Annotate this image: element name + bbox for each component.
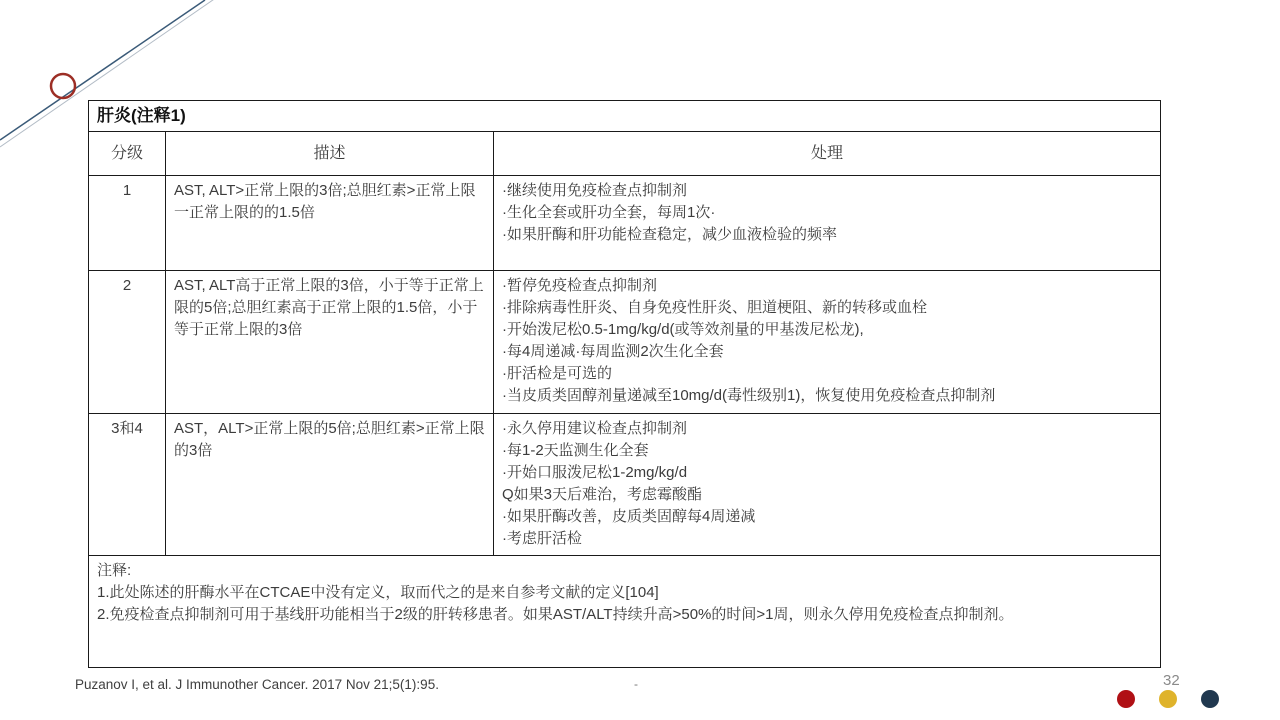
red-circle-outline-icon: [51, 74, 75, 98]
col-header-management: 处理: [494, 132, 1161, 176]
notes-cell: 注释: 1.此处陈述的肝酶水平在CTCAE中没有定义，取而代之的是来自参考文献的…: [89, 556, 1161, 668]
description-cell: AST，ALT>正常上限的5倍;总胆红素>正常上限的3倍: [166, 414, 494, 556]
table-row-grade-2: 2 AST, ALT高于正常上限的3倍，小于等于正常上限的5倍;总胆红素高于正常…: [89, 271, 1161, 414]
gold-dot-icon: [1159, 690, 1177, 708]
management-line: ·每1-2天监测生化全套: [502, 440, 1152, 462]
grade-cell: 3和4: [89, 414, 166, 556]
table-title: 肝炎(注释1): [89, 101, 1161, 132]
footer-dash: -: [634, 677, 638, 691]
management-line: ·如果肝酶和肝功能检查稳定，减少血液检验的频率: [502, 224, 1152, 246]
grade-cell: 2: [89, 271, 166, 414]
management-cell: ·暂停免疫检查点抑制剂 ·排除病毒性肝炎、自身免疫性肝炎、胆道梗阻、新的转移或血…: [494, 271, 1161, 414]
management-line: ·开始泼尼松0.5-1mg/kg/d(或等效剂量的甲基泼尼松龙),: [502, 319, 1152, 341]
management-line: ·考虑肝活检: [502, 528, 1152, 550]
description-cell: AST, ALT高于正常上限的3倍，小于等于正常上限的5倍;总胆红素高于正常上限…: [166, 271, 494, 414]
management-line: ·生化全套或肝功全套，每周1次·: [502, 202, 1152, 224]
grade-cell: 1: [89, 176, 166, 271]
management-line: ·肝活检是可选的: [502, 363, 1152, 385]
management-line: ·永久停用建议检查点抑制剂: [502, 418, 1152, 440]
management-line: Q如果3天后难治，考虑霉酸酯: [502, 484, 1152, 506]
table-title-row: 肝炎(注释1): [89, 101, 1161, 132]
description-cell: AST, ALT>正常上限的3倍;总胆红素>正常上限一正常上限的的1.5倍: [166, 176, 494, 271]
note-line: 1.此处陈述的肝酶水平在CTCAE中没有定义，取而代之的是来自参考文献的定义[1…: [97, 582, 1152, 604]
management-cell: ·继续使用免疫检查点抑制剂 ·生化全套或肝功全套，每周1次· ·如果肝酶和肝功能…: [494, 176, 1161, 271]
page-number: 32: [1163, 672, 1180, 689]
note-line: 注释:: [97, 560, 1152, 582]
management-line: ·当皮质类固醇剂量递减至10mg/d(毒性级别1)，恢复使用免疫检查点抑制剂: [502, 385, 1152, 407]
management-line: ·如果肝酶改善，皮质类固醇每4周递减: [502, 506, 1152, 528]
navy-dot-icon: [1201, 690, 1219, 708]
management-line: ·暂停免疫检查点抑制剂: [502, 275, 1152, 297]
col-header-grade: 分级: [89, 132, 166, 176]
table-row-grade-3-4: 3和4 AST，ALT>正常上限的5倍;总胆红素>正常上限的3倍 ·永久停用建议…: [89, 414, 1161, 556]
management-cell: ·永久停用建议检查点抑制剂 ·每1-2天监测生化全套 ·开始口服泼尼松1-2mg…: [494, 414, 1161, 556]
management-line: ·排除病毒性肝炎、自身免疫性肝炎、胆道梗阻、新的转移或血栓: [502, 297, 1152, 319]
management-line: ·开始口服泼尼松1-2mg/kg/d: [502, 462, 1152, 484]
presentation-slide: 肝炎(注释1) 分级 描述 处理 1 AST, ALT>正常上限的3倍;总胆红素…: [0, 0, 1280, 720]
citation-text: Puzanov I, et al. J Immunother Cancer. 2…: [75, 677, 439, 692]
table-notes-row: 注释: 1.此处陈述的肝酶水平在CTCAE中没有定义，取而代之的是来自参考文献的…: [89, 556, 1161, 668]
note-line: 2.免疫检查点抑制剂可用于基线肝功能相当于2级的肝转移患者。如果AST/ALT持…: [97, 604, 1152, 626]
management-line: ·每4周递减·每周监测2次生化全套: [502, 341, 1152, 363]
table-row-grade-1: 1 AST, ALT>正常上限的3倍;总胆红素>正常上限一正常上限的的1.5倍 …: [89, 176, 1161, 271]
management-line: ·继续使用免疫检查点抑制剂: [502, 180, 1152, 202]
col-header-description: 描述: [166, 132, 494, 176]
red-dot-icon: [1117, 690, 1135, 708]
table-header-row: 分级 描述 处理: [89, 132, 1161, 176]
hepatitis-management-table: 肝炎(注释1) 分级 描述 处理 1 AST, ALT>正常上限的3倍;总胆红素…: [88, 100, 1161, 668]
